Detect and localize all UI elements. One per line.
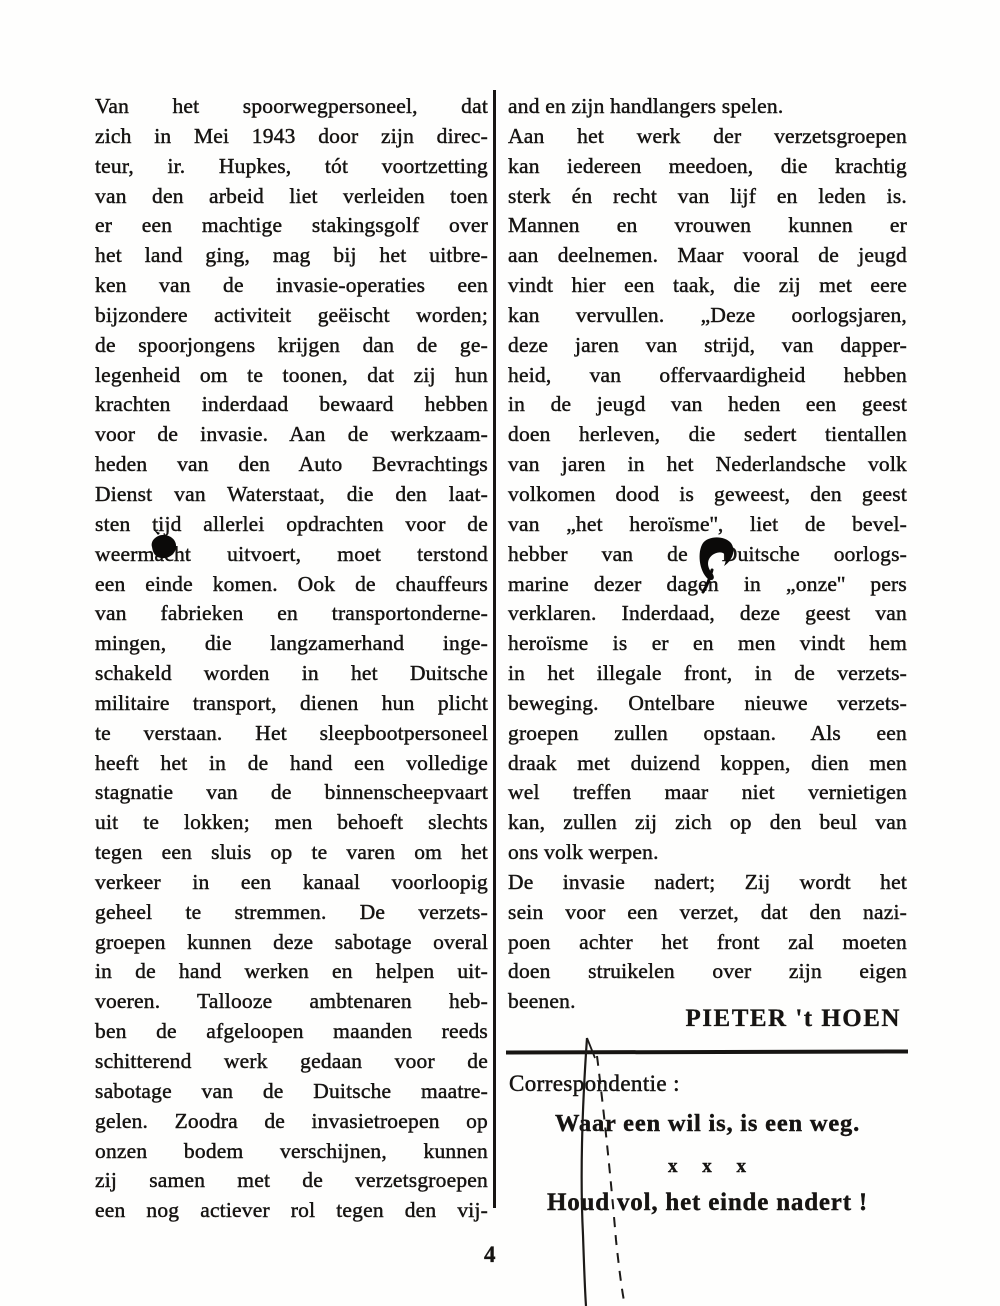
left-column: Van het spoorwegpersoneel, datzich in Me… (95, 92, 488, 1226)
slogan-line-2: Houd vol, het einde nadert ! (508, 1189, 907, 1217)
text-line: vindt hier een taak, die zij met eere (508, 271, 907, 301)
text-line: van „het heroïsme'', liet de bevel- (508, 510, 907, 540)
text-line: sabotage van de Duitsche maatre- (95, 1077, 488, 1107)
text-line: van den arbeid liet verleiden toen (95, 182, 488, 212)
text-line: ben de afgeloopen maanden reeds (95, 1017, 488, 1047)
text-line: groepen kunnen deze sabotage overal (95, 928, 488, 958)
text-line: deze jaren van strijd, van dapper- (508, 331, 907, 361)
text-line: verklaren. Inderdaad, deze geest van (508, 599, 907, 629)
text-line: Mannen en vrouwen kunnen er (508, 211, 907, 241)
text-line: van fabrieken en transportonderne- (95, 599, 488, 629)
text-line: sterk én recht van lijf en leden is. (508, 182, 907, 212)
text-line: hebber van de Duitsche oorlogs- (508, 540, 907, 570)
text-line: bijzondere activiteit geëischt worden; (95, 301, 488, 331)
text-line: in de jeugd van heden een geest (508, 390, 907, 420)
column-divider-rule (493, 90, 496, 1208)
text-line: tegen een sluis op te varen om het (95, 838, 488, 868)
text-line: beweging. Ontelbare nieuwe verzets- (508, 689, 907, 719)
text-line: sein voor een verzet, dat den nazi- (508, 898, 907, 928)
text-line: heid, van offervaardigheid hebben (508, 361, 907, 391)
document-page: Van het spoorwegpersoneel, datzich in Me… (0, 0, 1000, 1306)
text-line: gelen. Zoodra de invasietroepen op (95, 1107, 488, 1137)
text-line: zij samen met de verzetsgroepen (95, 1166, 488, 1196)
text-line: poen achter het front zal moeten (508, 928, 907, 958)
text-line: krachten inderdaad bewaard hebben (95, 390, 488, 420)
text-line: onzen bodem verschijnen, kunnen (95, 1137, 488, 1167)
text-line: volkomen dood is geweest, den geest (508, 480, 907, 510)
text-line: doen herleven, die sedert tientallen (508, 420, 907, 450)
text-line: een nog actiever rol tegen den vij- (95, 1196, 488, 1226)
text-line: geheel te stremmen. De verzets- (95, 898, 488, 928)
text-line: legenheid om te toonen, dat zij hun (95, 361, 488, 391)
page-number: 4 (484, 1242, 496, 1268)
text-line: heroïsme is er en men vindt hem (508, 629, 907, 659)
slogan-line-1: Waar een wil is, is een weg. (508, 1110, 907, 1138)
text-line: Van het spoorwegpersoneel, dat (95, 92, 488, 122)
text-line: voeren. Tallooze ambtenaren heb- (95, 987, 488, 1017)
text-line: stagnatie van de binnenscheepvaart (95, 778, 488, 808)
text-line: and en zijn handlangers spelen. (508, 92, 907, 122)
text-line: mingen, die langzamerhand inge- (95, 629, 488, 659)
text-line: Aan het werk der verzetsgroepen (508, 122, 907, 152)
text-line: zich in Mei 1943 door zijn direc- (95, 122, 488, 152)
right-column: and en zijn handlangers spelen.Aan het w… (508, 92, 907, 1017)
slogan-separator: x x x (508, 1156, 907, 1178)
text-line: verkeer in een kanaal voorloopig (95, 868, 488, 898)
text-line: de spoorjongens krijgen dan de ge- (95, 331, 488, 361)
text-line: wel treffen maar niet vernietigen (508, 778, 907, 808)
text-line: kan vervullen. „Deze oorlogsjaren, (508, 301, 907, 331)
text-line: er een machtige stakingsgolf over (95, 211, 488, 241)
text-line: van jaren in het Nederlandsche volk (508, 450, 907, 480)
text-line: ons volk werpen. (508, 838, 907, 868)
text-line: het land ging, mag bij het uitbre- (95, 241, 488, 271)
text-line: groepen zullen opstaan. Als een (508, 719, 907, 749)
text-line: kan iedereen meedoen, die krachtig (508, 152, 907, 182)
text-line: in het illegale front, in de verzets- (508, 659, 907, 689)
text-line: een einde komen. Ook de chauffeurs (95, 570, 488, 600)
text-line: ken van de invasie-operaties een (95, 271, 488, 301)
text-line: militaire transport, dienen hun plicht (95, 689, 488, 719)
text-line: weermacht uitvoert, moet terstond (95, 540, 488, 570)
text-line: heden van den Auto Bevrachtings (95, 450, 488, 480)
section-rule (506, 1049, 908, 1054)
text-line: Dienst van Waterstaat, die den laat- (95, 480, 488, 510)
text-line: marine dezer dagen in „onze'' pers (508, 570, 907, 600)
text-line: te verstaan. Het sleepbootpersoneel (95, 719, 488, 749)
text-line: teur, ir. Hupkes, tót voortzetting (95, 152, 488, 182)
text-line: doen struikelen over zijn eigen (508, 957, 907, 987)
text-line: De invasie nadert; Zij wordt het (508, 868, 907, 898)
text-line: schakeld worden in het Duitsche (95, 659, 488, 689)
text-line: voor de invasie. Aan de werkzaam- (95, 420, 488, 450)
text-line: sten tijd allerlei opdrachten voor de (95, 510, 488, 540)
text-line: in de hand werken en helpen uit- (95, 957, 488, 987)
author-signature: PIETER 't HOEN (508, 1005, 901, 1033)
text-line: schitterend werk gedaan voor de (95, 1047, 488, 1077)
text-line: kan, zullen zij zich op den beul van (508, 808, 907, 838)
text-line: heeft het in de hand een volledige (95, 749, 488, 779)
text-line: aan deelnemen. Maar vooral de jeugd (508, 241, 907, 271)
correspondence-heading: Correspondentie : (509, 1071, 680, 1097)
text-line: uit te lokken; men behoeft slechts (95, 808, 488, 838)
text-line: draak met duizend koppen, dien men (508, 749, 907, 779)
scratch-line (587, 1038, 595, 1058)
